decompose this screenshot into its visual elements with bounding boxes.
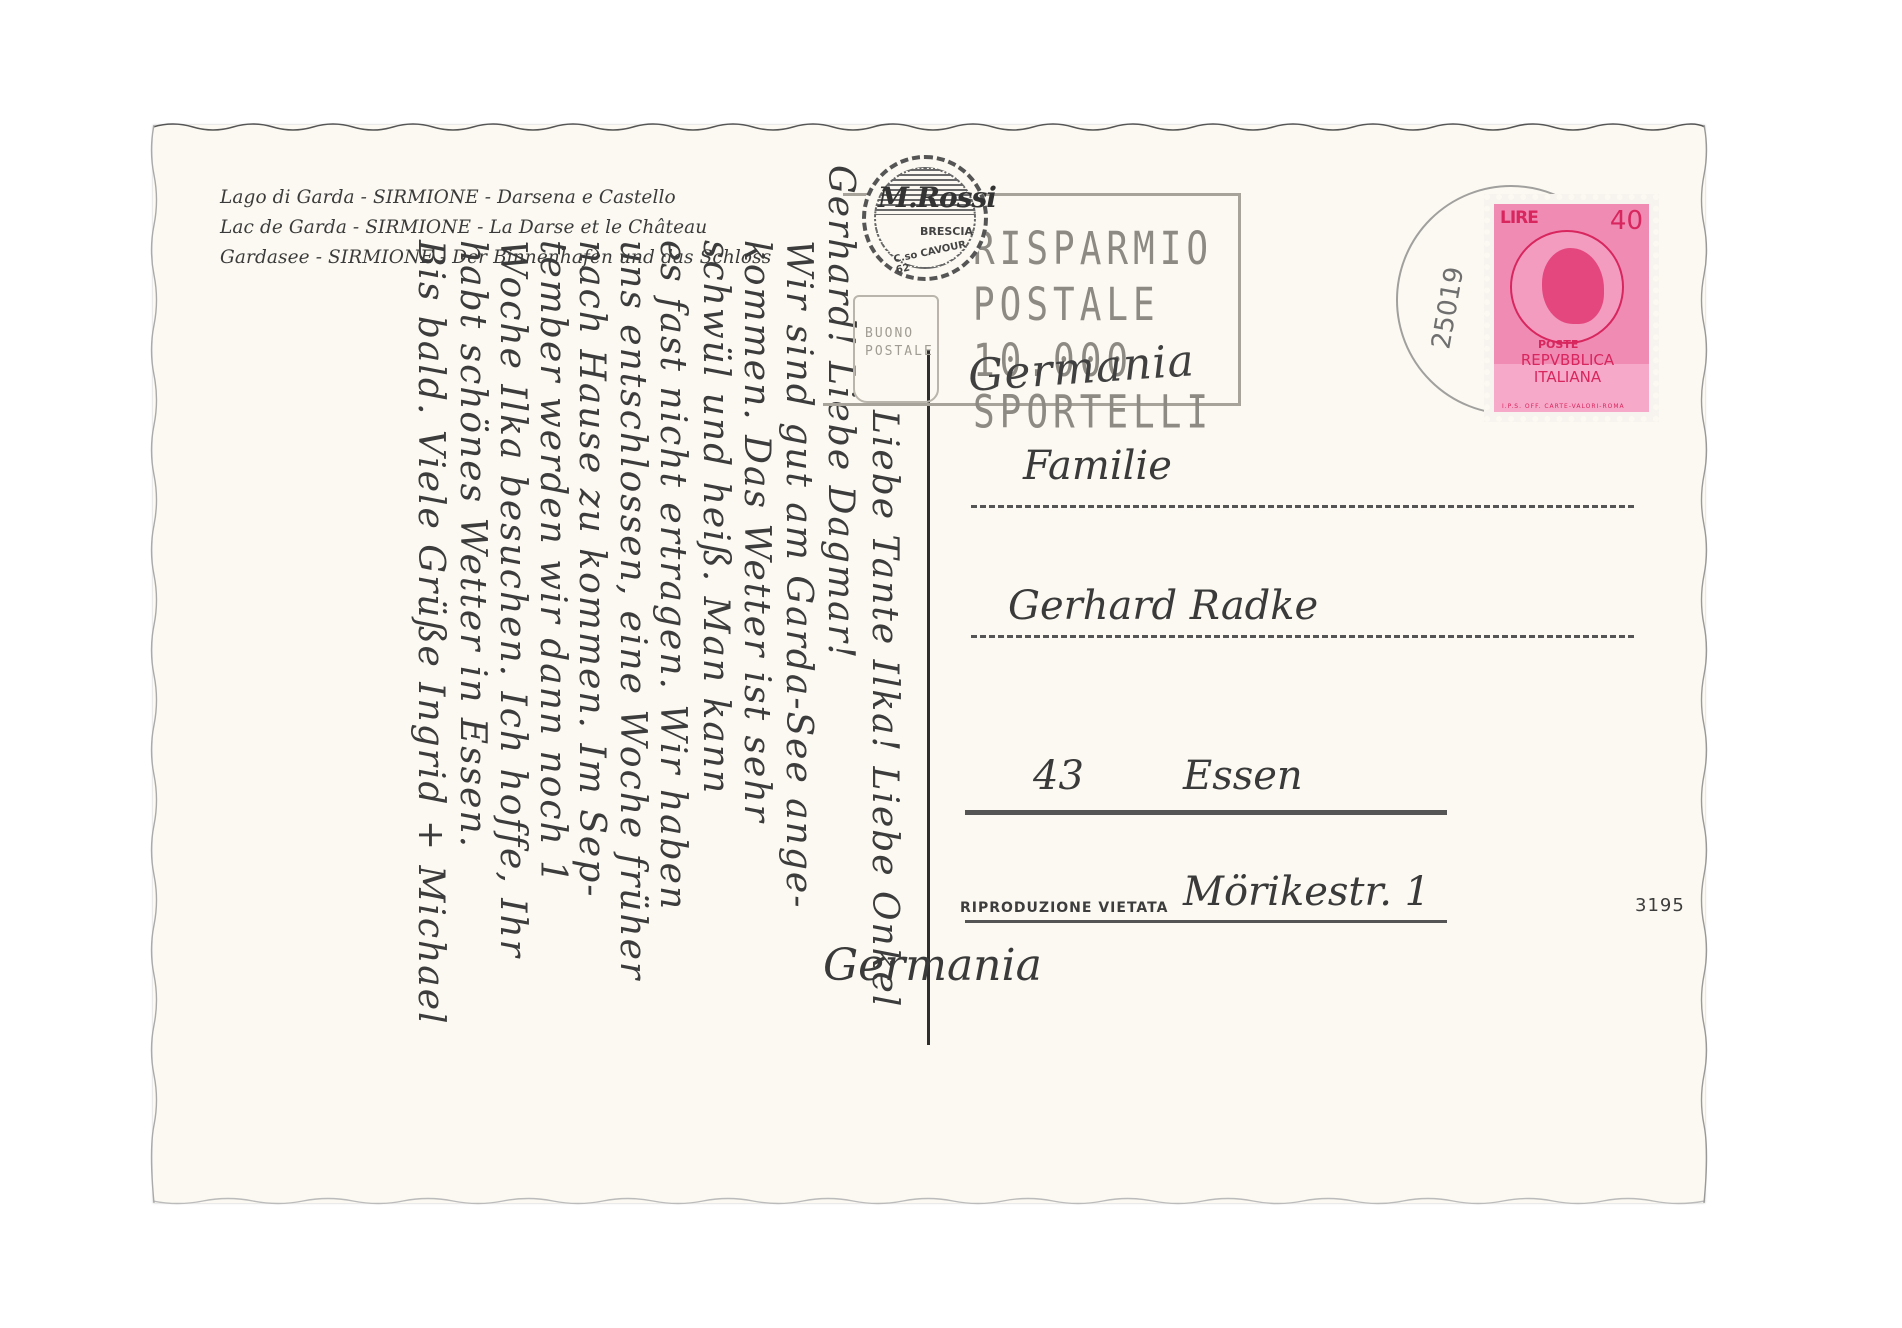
message-line: Woche Ilka besuchen. Ich hoffe, Ihr bbox=[492, 240, 533, 959]
address-country: Germania bbox=[823, 940, 1042, 991]
address-postcode: 43 bbox=[1033, 753, 1084, 799]
message-line: tember werden wir dann noch 1 bbox=[532, 240, 573, 885]
message-line: es fast nicht ertragen. Wir haben bbox=[652, 240, 693, 911]
postcard-back: Lago di Garda - SIRMIONE - Darsena e Cas… bbox=[153, 125, 1705, 1203]
message-line: kommen. Das Wetter ist sehr bbox=[736, 240, 777, 824]
address-street: Mörikestr. 1 bbox=[1183, 869, 1430, 915]
message-line: Liebe Tante Ilka! Liebe Onkel bbox=[864, 410, 905, 1008]
italia-turrita-head-icon bbox=[1510, 230, 1624, 344]
postage-stamp: LIRE 40 POSTE REPVBBLICA ITALIANA I.P.S.… bbox=[1484, 194, 1659, 422]
address-dashed-rule bbox=[971, 635, 1634, 638]
message-line: nach Hause zu kommen. Im Sep- bbox=[571, 240, 612, 898]
caption-line-italian: Lago di Garda - SIRMIONE - Darsena e Cas… bbox=[220, 183, 771, 213]
address-line-2: Gerhard Radke bbox=[1008, 583, 1318, 629]
address-city: Essen bbox=[1183, 753, 1303, 799]
deckled-edge-top bbox=[153, 121, 1705, 131]
caption-line-french: Lac de Garda - SIRMIONE - La Darse et le… bbox=[220, 213, 771, 243]
message-line: uns entschlossen, eine Woche früher bbox=[612, 240, 653, 981]
deckled-edge-bottom bbox=[153, 1197, 1705, 1207]
address-solid-rule bbox=[965, 920, 1447, 923]
card-number: 3195 bbox=[1635, 895, 1685, 916]
deckled-edge-left bbox=[149, 125, 159, 1203]
message-line: Bis bald. Viele Grüße Ingrid + Michael bbox=[410, 240, 451, 1026]
buono-postale-emblem: BUONO POSTALE bbox=[853, 295, 939, 403]
imprint-notice: RIPRODUZIONE VIETATA bbox=[960, 900, 1168, 916]
message-line: schwül und heiß. Man kann bbox=[695, 240, 736, 795]
address-solid-rule bbox=[965, 810, 1447, 815]
slogan-line: RISPARMIO bbox=[973, 224, 1213, 275]
slogan-line: POSTALE bbox=[973, 280, 1160, 331]
publisher-logo: M.Rossi BRESCIA C.so CAVOUR 62 bbox=[862, 155, 988, 281]
message-line: Wir sind gut am Garda-See ange- bbox=[778, 240, 819, 909]
address-dashed-rule bbox=[971, 505, 1634, 508]
address-line-1: Familie bbox=[1023, 443, 1172, 489]
message-line: habt schönes Wetter in Essen. bbox=[452, 240, 493, 849]
deckled-edge-right bbox=[1699, 125, 1709, 1203]
